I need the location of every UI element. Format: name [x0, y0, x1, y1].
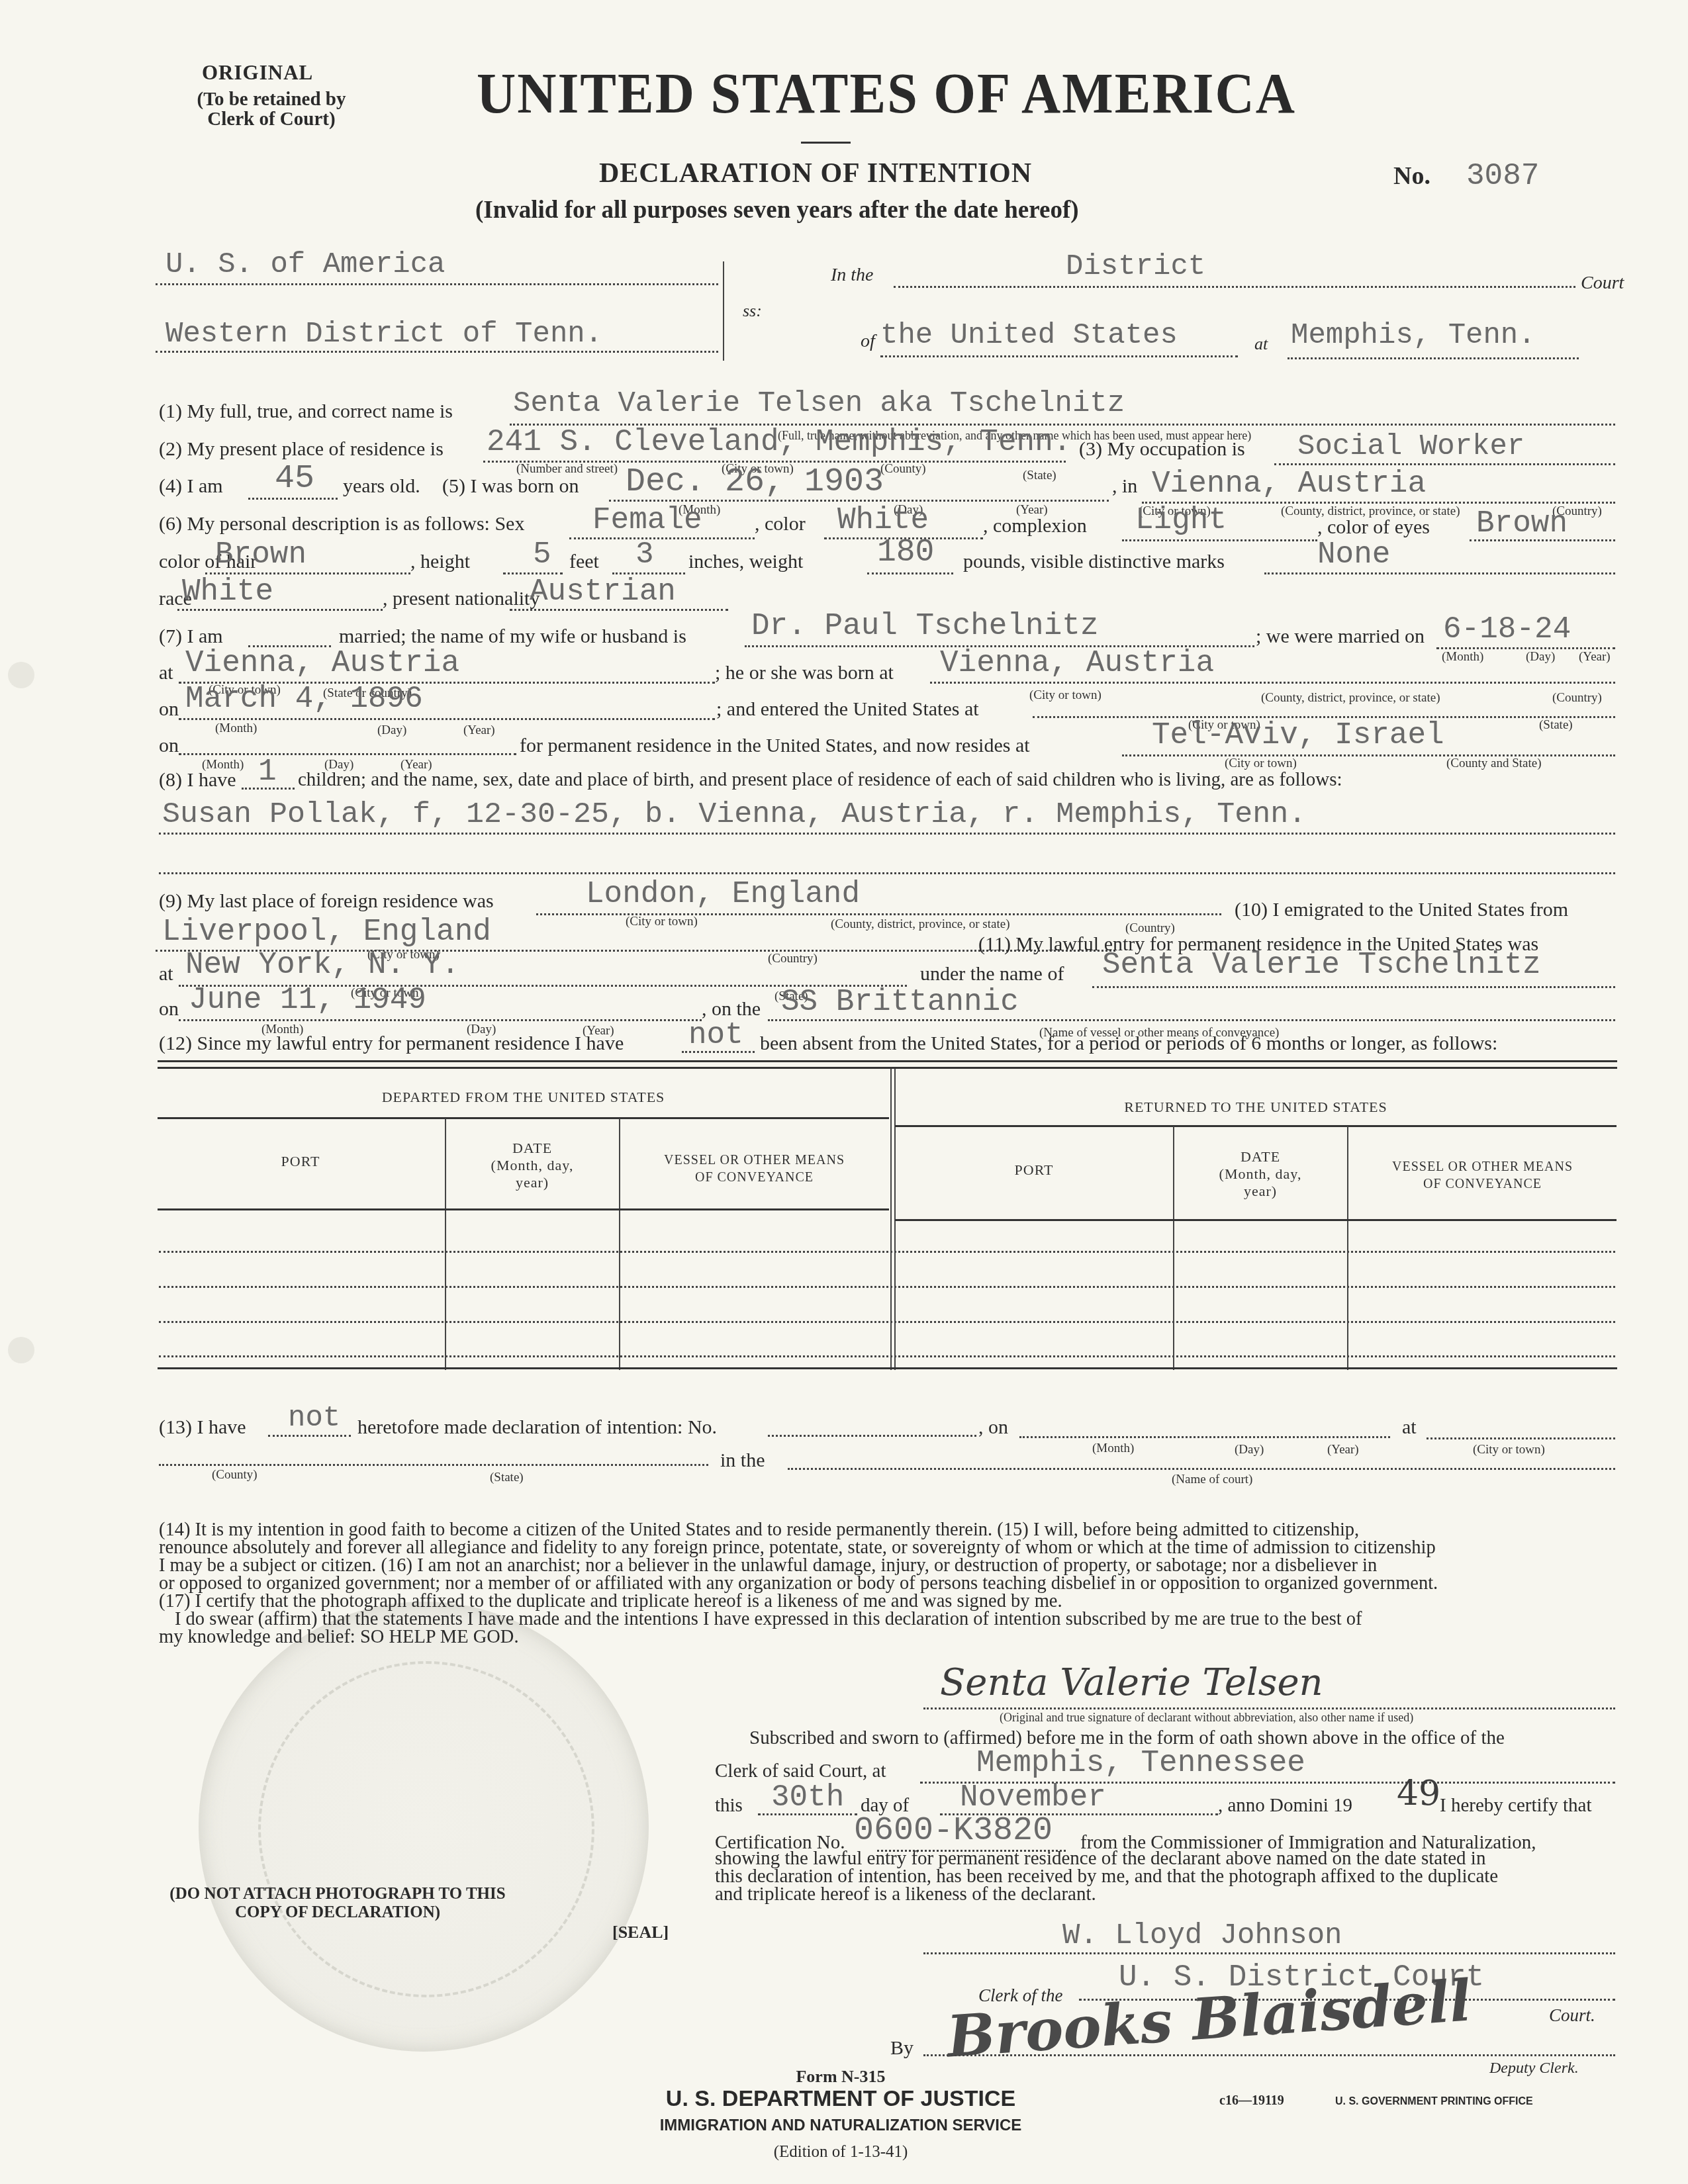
caption: (County): [212, 1468, 258, 1482]
color-label: , color: [755, 513, 806, 535]
spouse-birthdate-value: March 4, 1896: [185, 682, 423, 716]
caption: (Day): [1235, 1443, 1264, 1457]
declaration-number: 3087: [1466, 159, 1539, 193]
q8-label: (8) I have: [159, 769, 236, 792]
spouse-name-value: Dr. Paul Tschelnitz: [751, 609, 1099, 643]
of-label: of: [861, 331, 875, 352]
caption: (Month): [1092, 1441, 1134, 1456]
q1-label: (1) My full, true, and correct name is: [159, 400, 453, 423]
col-header: DATE (Month, day, year): [1174, 1148, 1346, 1200]
q6-label: (6) My personal description is as follow…: [159, 513, 524, 535]
clerk-at-label: Clerk of said Court, at: [715, 1760, 886, 1782]
sworn-year-value: 49: [1397, 1774, 1440, 1813]
q4-suffix: years old.: [343, 475, 420, 498]
court-jurisdiction: the United States: [880, 319, 1178, 352]
emigrated-from-value: Liverpool, England: [162, 915, 491, 949]
sworn-location-value: Memphis, Tennessee: [976, 1746, 1305, 1780]
q9-label: (9) My last place of foreign residence w…: [159, 890, 494, 913]
in-the-label: in the: [720, 1449, 765, 1472]
marriage-place-value: Vienna, Austria: [185, 646, 459, 680]
sworn-month-value: November: [960, 1780, 1106, 1815]
binder-hole: [8, 662, 34, 688]
table-row[interactable]: [159, 1286, 1615, 1288]
this-label: this: [715, 1795, 743, 1817]
entry-date-value: June 11, 1949: [189, 983, 426, 1017]
caption: (Month): [215, 721, 257, 736]
col-header: VESSEL OR OTHER MEANS OF CONVEYANCE: [1348, 1158, 1617, 1193]
cert-paragraph: showing the lawful entry for permanent r…: [715, 1850, 1498, 1903]
embossed-court-seal: [199, 1602, 649, 2052]
clerk-name-value: W. Lloyd Johnson: [1062, 1919, 1342, 1952]
distinctive-marks-value: None: [1317, 537, 1390, 572]
photo-note: (DO NOT ATTACH PHOTOGRAPH TO THIS COPY O…: [165, 1885, 510, 1922]
on-label: on: [159, 998, 179, 1021]
caption: (Country): [1552, 691, 1602, 705]
on-label: , on: [978, 1416, 1008, 1439]
eyes-label: , color of eyes: [1317, 516, 1430, 539]
anno-domini-label: , anno Domini 19: [1218, 1795, 1352, 1817]
on-label: on: [159, 698, 179, 721]
venue-district: Western District of Tenn.: [165, 318, 602, 351]
title-divider: [801, 142, 851, 144]
ss-label: ss:: [743, 301, 762, 321]
col-header: VESSEL OR OTHER MEANS OF CONVEYANCE: [620, 1152, 888, 1186]
caption: (County, district, province, or state): [1261, 691, 1440, 705]
vessel-label: , on the: [702, 998, 761, 1021]
height-label: , height: [410, 551, 470, 573]
caption: (Country): [768, 952, 818, 966]
form-number: Form N-315: [675, 2067, 1006, 2087]
caption: (Day): [1526, 650, 1555, 664]
deputy-clerk-label: Deputy Clerk.: [1489, 2060, 1579, 2077]
entry-name-value: Senta Valerie Tschelnitz: [1102, 948, 1541, 982]
complexion-label: , complexion: [983, 515, 1087, 537]
caption: (Number and street): [516, 462, 618, 477]
weight-value: 180: [877, 535, 934, 570]
q13-text: heretofore made declaration of intention…: [357, 1416, 717, 1439]
children-count-value: 1: [258, 754, 277, 789]
caption: (Year): [463, 723, 495, 738]
table-row[interactable]: [159, 1355, 1615, 1357]
caption: (County and State): [1446, 756, 1542, 771]
spouse-born-label: ; he or she was born at: [715, 662, 894, 684]
certification-number-value: 0600-K3820: [854, 1812, 1053, 1850]
court-label: Court: [1581, 273, 1624, 294]
form-subtitle: DECLARATION OF INTENTION: [599, 158, 1032, 189]
original-label: ORIGINAL: [202, 61, 313, 85]
service-name: IMMIGRATION AND NATURALIZATION SERVICE: [629, 2116, 1053, 2135]
nationality-label: , present nationality: [383, 588, 539, 610]
col-header: PORT: [896, 1161, 1172, 1179]
table-row[interactable]: [159, 1321, 1615, 1323]
court-type: District: [1066, 250, 1205, 283]
absence-value: not: [688, 1018, 743, 1052]
q12-label: (12) Since my lawful entry for permanent…: [159, 1032, 624, 1055]
venue-brace: [723, 261, 724, 361]
nationality-value: Austrian: [530, 574, 676, 609]
venue-country: U. S. of America: [165, 248, 445, 281]
caption: (Name of court): [1172, 1473, 1252, 1487]
retained-note: (To be retained byClerk of Court): [165, 89, 377, 129]
q12-text: been absent from the United States, for …: [760, 1032, 1497, 1055]
hair-color-value: Brown: [215, 537, 306, 572]
race-value: White: [182, 574, 273, 609]
height-inches-value: 3: [635, 537, 654, 572]
binder-hole: [8, 1337, 34, 1363]
q5-label: (5) I was born on: [442, 475, 579, 498]
caption: (Year): [1327, 1443, 1359, 1457]
q4-label: (4) I am: [159, 475, 223, 498]
feet-label: feet: [569, 551, 599, 573]
declarant-signature: Senta Valerie Telsen: [940, 1661, 1323, 1704]
occupation-value: Social Worker: [1297, 430, 1524, 463]
sex-value: Female: [592, 503, 702, 537]
on-label: on: [159, 735, 179, 757]
table-row[interactable]: [159, 1251, 1615, 1253]
residence-value: 241 S. Cleveland, Memphis, Tenn.: [487, 425, 1071, 459]
caption: (State): [1023, 469, 1056, 483]
pounds-label: pounds, visible distinctive marks: [963, 551, 1225, 573]
entry-port-value: New York, N. Y.: [185, 948, 459, 982]
eye-color-value: Brown: [1476, 506, 1568, 541]
q7-label: (7) I am: [159, 625, 223, 648]
children-detail-value: Susan Pollak, f, 12-30-25, b. Vienna, Au…: [162, 797, 1306, 831]
age-value: 45: [275, 460, 314, 498]
by-label: By: [890, 2037, 914, 2060]
birth-place-value: Vienna, Austria: [1152, 467, 1426, 501]
number-label: No.: [1393, 161, 1430, 191]
last-foreign-residence-value: London, England: [586, 877, 860, 911]
at-label: at: [1402, 1416, 1417, 1439]
prior-declaration-value: not: [288, 1402, 340, 1435]
q8-text: children; and the name, sex, date and pl…: [298, 769, 1342, 791]
document-title: UNITED STATES OF AMERICA: [477, 62, 1296, 127]
returned-header: RETURNED TO THE UNITED STATES: [895, 1099, 1617, 1116]
caption: (Month): [1442, 650, 1483, 664]
departed-header: DEPARTED FROM THE UNITED STATES: [158, 1089, 889, 1106]
oath-text: (14) It is my intention in good faith to…: [159, 1521, 1622, 1646]
height-feet-value: 5: [533, 537, 551, 572]
complexion-value: Light: [1135, 503, 1227, 537]
at-label: at: [159, 963, 173, 985]
in-the-label: In the: [831, 265, 874, 286]
court-suffix-label: Court.: [1549, 2005, 1595, 2026]
married-at-label: at: [159, 662, 173, 684]
print-code: c16—19119: [1219, 2093, 1284, 2109]
caption: (State): [1539, 718, 1573, 733]
department-name: U. S. DEPARTMENT OF JUSTICE: [642, 2086, 1039, 2112]
spouse-birthplace-value: Vienna, Austria: [940, 646, 1214, 680]
inches-label: inches, weight: [688, 551, 803, 573]
entry-name-label: under the name of: [920, 963, 1064, 985]
vessel-value: SS Brittannic: [781, 985, 1019, 1019]
sworn-day-value: 30th: [771, 1780, 844, 1815]
q3-label: (3) My occupation is: [1079, 438, 1245, 461]
signature-caption: (Original and true signature of declaran…: [1000, 1711, 1413, 1725]
full-name-value: Senta Valerie Telsen aka Tschelnitz: [513, 387, 1125, 420]
married-on-label: ; we were married on: [1256, 625, 1425, 648]
caption: (State): [490, 1471, 524, 1485]
caption: (County, district, province, or state): [831, 917, 1010, 932]
in-label: , in: [1112, 475, 1137, 498]
marriage-date-value: 6-18-24: [1443, 612, 1571, 647]
q10-label: (10) I emigrated to the United States fr…: [1235, 899, 1568, 921]
caption: (City or town): [626, 915, 698, 929]
caption: (City or town): [1029, 688, 1102, 703]
seal-label: [SEAL]: [612, 1923, 669, 1942]
caption: (City or town): [1473, 1443, 1545, 1457]
q13-label: (13) I have: [159, 1416, 246, 1439]
certify-label: I hereby certify that: [1440, 1795, 1591, 1817]
at-label: at: [1254, 334, 1268, 354]
resides-label: for permanent residence in the United St…: [520, 735, 1030, 757]
col-header: PORT: [158, 1153, 444, 1170]
col-header: DATE (Month, day, year): [446, 1140, 618, 1191]
birth-date-value: Dec. 26, 1903: [626, 463, 884, 501]
caption: (Day): [377, 723, 406, 738]
caption: (County): [880, 462, 926, 477]
entered-label: ; and entered the United States at: [716, 698, 979, 721]
q2-label: (2) My present place of residence is: [159, 438, 444, 461]
spouse-residence-value: Tel-Aviv, Israel: [1152, 718, 1444, 752]
court-location: Memphis, Tenn.: [1291, 319, 1536, 352]
color-value: White: [837, 503, 929, 537]
printer-name: U. S. GOVERNMENT PRINTING OFFICE: [1335, 2096, 1533, 2108]
invalid-note: (Invalid for all purposes seven years af…: [475, 196, 1079, 224]
caption: (Year): [1579, 650, 1611, 664]
married-label: married; the name of my wife or husband …: [339, 625, 686, 648]
edition-note: (Edition of 1-13-41): [675, 2143, 1006, 2161]
